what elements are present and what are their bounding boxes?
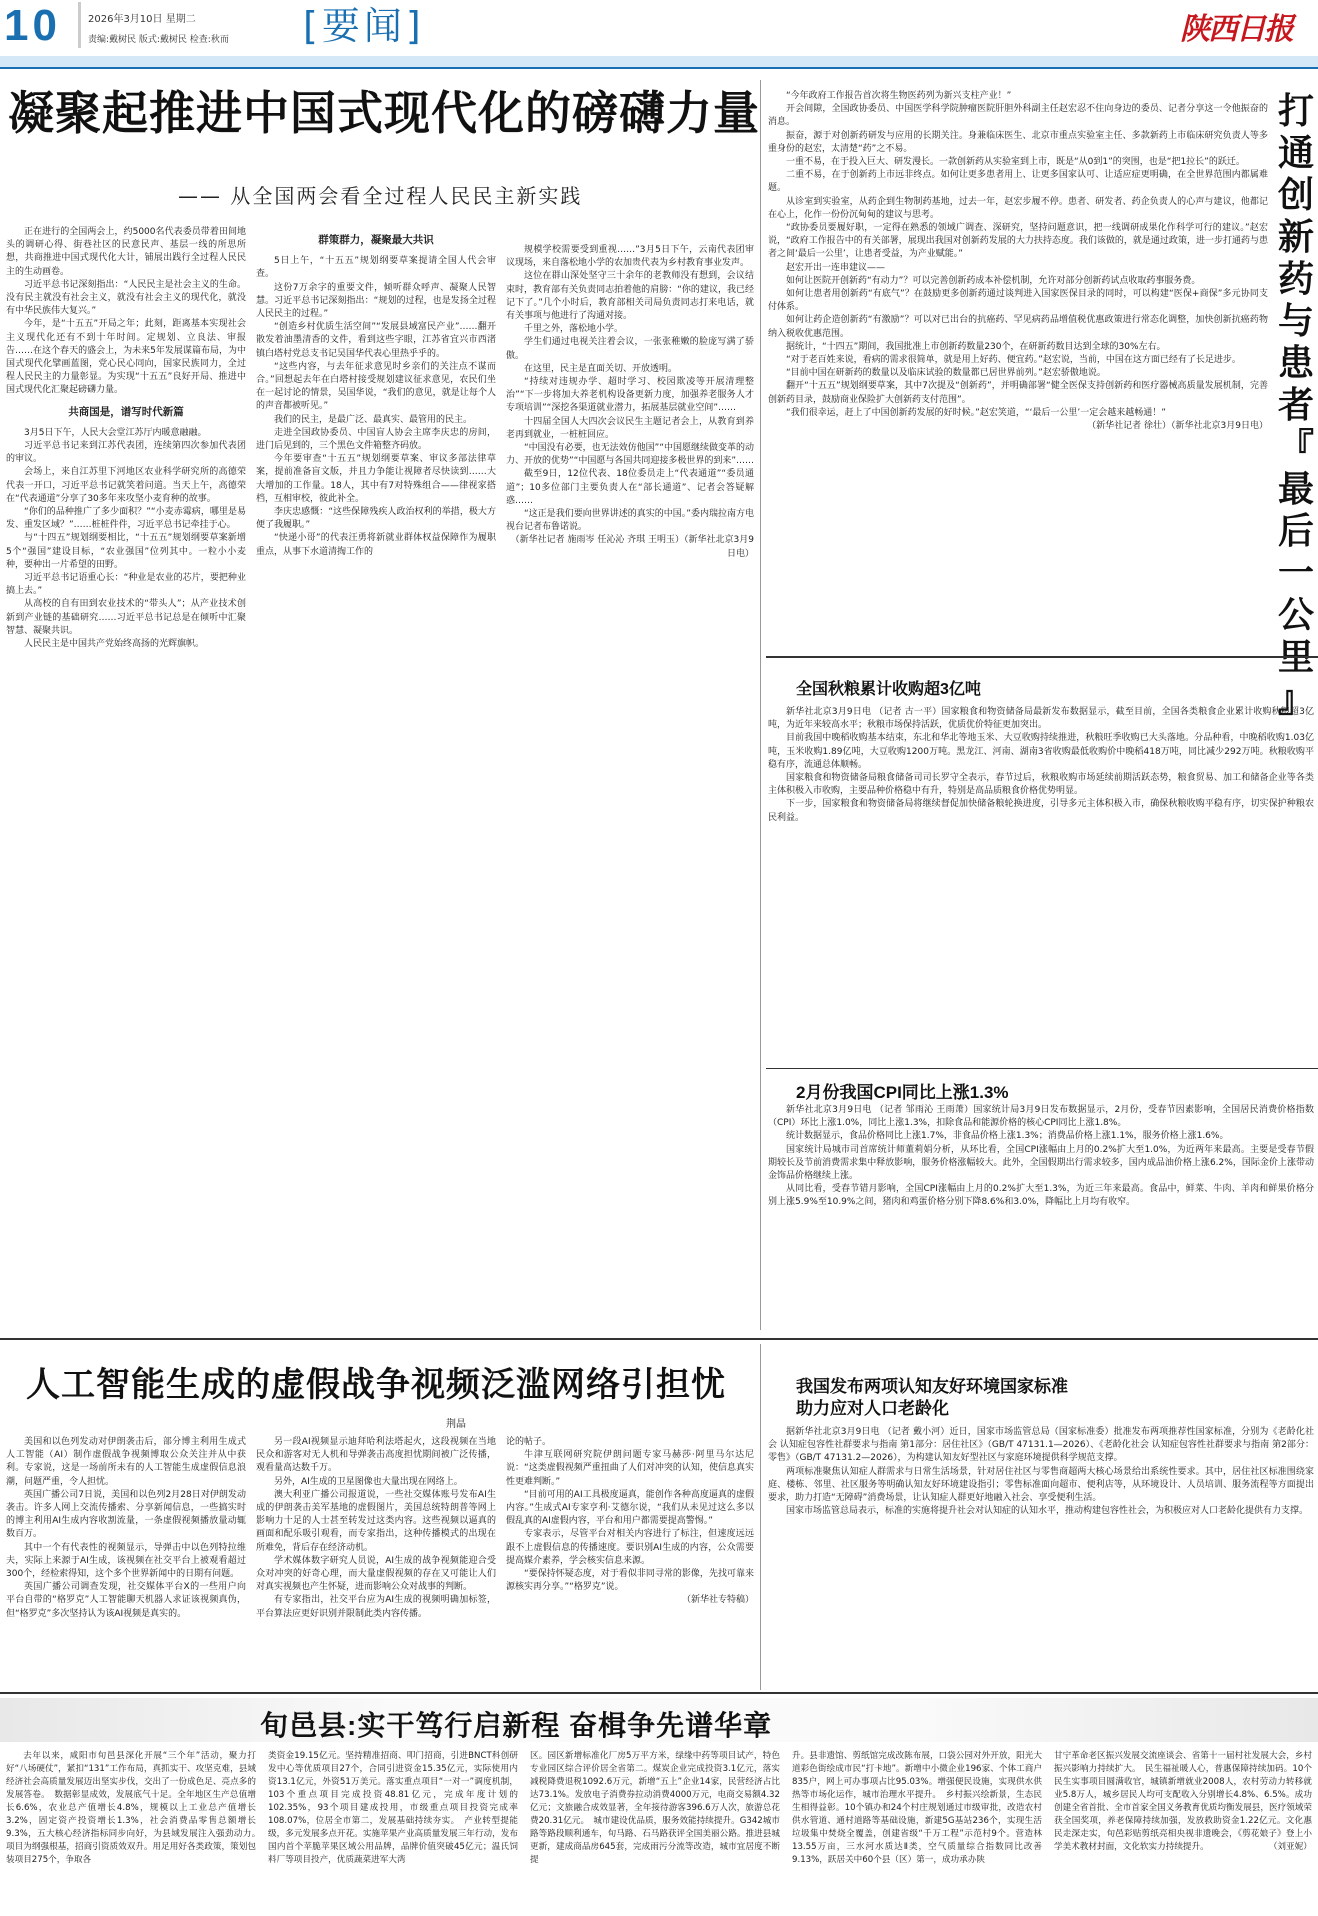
xunyi-article-column-3: 区。园区新增标准化厂房5万平方米，绿缘中药等项目试产，特色专业园区综合评价居全省… (530, 1750, 780, 1916)
paragraph: “这正是我们要向世界讲述的真实的中国。”委内瑞拉南方电视台记者布鲁诺说。 (506, 508, 754, 534)
title-char: 一 (1276, 552, 1316, 594)
paragraph: 另外，AI生成的卫星图像也大量出现在网络上。 (256, 1476, 496, 1489)
title-char: 与 (1276, 300, 1316, 342)
lead-article-title: 凝聚起推进中国式现代化的磅礴力量 (8, 84, 760, 142)
section-label: [要闻] (303, 2, 425, 50)
paragraph: 如何让医院开创新药“有动力”？可以完善创新药成本补偿机制，允许对部分创新药试点收… (768, 275, 1268, 288)
paragraph: 会场上，来自江苏里下河地区农业科学研究所的高德荣代表一开口，习近平总书记就笑着问… (6, 466, 246, 506)
masthead-rule (0, 67, 1318, 69)
title-char: 『 (1276, 426, 1316, 468)
paragraph: 我们的民主，是最广泛、最真实、最管用的民主。 (256, 414, 496, 427)
title-char: 创 (1276, 174, 1316, 216)
paragraph: 区。园区新增标准化厂房5万平方米，绿缘中药等项目试产，特色专业园区综合评价居全省… (530, 1750, 780, 1867)
title-char: 打 (1276, 90, 1316, 132)
article-byline: （新华社记者 徐壮）（新华社北京3月9日电） (768, 420, 1268, 433)
masthead: 10 2026年3月10日 星期二 责编:戴树民 版式:戴树民 检查:秋而 [要… (0, 0, 1318, 70)
column-divider (760, 80, 761, 1330)
paragraph: 专家表示，尽管平台对相关内容进行了标注，但速度远远跟不上虚假信息的传播速度。要识… (506, 1528, 754, 1568)
column-divider (760, 1344, 761, 1690)
paragraph: 今年要审查“十五五”规划纲要草案、审议多部法律草案，提前准备盲文版，并且力争能让… (256, 453, 496, 506)
title-char: 最 (1276, 468, 1316, 510)
paragraph: 习近平总书记深刻指出：“人民民主是社会主义的生命。没有民主就没有社会主义，就没有… (6, 279, 246, 319)
paragraph: “创造乡村优质生活空间”“发展县域富民产业”……翻开散发着油墨清香的文件，看到这… (256, 321, 496, 361)
paragraph: 升。县非遗馆、剪纸馆完成改陈布展，口袋公园对外开放，阳光大道彩色街绘成市民“打卡… (792, 1750, 1042, 1867)
paragraph: 两项标准聚焦认知症人群需求与日常生活场景，针对居住社区与零售商超两大核心场景给出… (768, 1466, 1314, 1506)
title-char: 通 (1276, 132, 1316, 174)
masthead-divider (78, 2, 81, 48)
paragraph: 类资金19.15亿元。坚持精准招商、叩门招商，引进BNCT科创研发中心等优质项目… (268, 1750, 518, 1867)
paragraph: 下一步，国家粮食和物资储备局将继续督促加快储备粮轮换进度，引导多元主体积极入市，… (768, 798, 1314, 824)
paragraph: 学术媒体数字研究人员说，AI生成的战争视频能迎合受众对冲突的好奇心理，而大量虚假… (256, 1555, 496, 1595)
section-subhead: 群策群力，凝聚最大共识 (256, 234, 496, 247)
paragraph: 有专家指出，社交平台应为AI生成的视频明确加标签，平台算法应更好识别并限制此类内… (256, 1594, 496, 1620)
paragraph: “今年政府工作报告首次将生物医药列为新兴支柱产业！” (768, 90, 1268, 103)
paragraph: 甘宁革命老区振兴发展交流座谈会、省第十一届村社发展大会，乡村振兴影响力持续扩大。… (1054, 1750, 1312, 1854)
paragraph: 正在进行的全国两会上，约5000名代表委员带着田间地头的调研心得、街巷社区的民意… (6, 226, 246, 279)
paragraph: 目前我国中晚稻收购基本结束，东北和华北等地玉米、大豆收购持续推进，秋粮旺季收购已… (768, 732, 1314, 772)
paragraph: 据新华社北京3月9日电 （记者 戴小河）近日，国家市场监管总局（国家标准委）批准… (768, 1426, 1314, 1466)
paragraph: 李庆忠感慨：“这些保障残疾人政治权利的举措，极大方便了我履职。” (256, 506, 496, 532)
xunyi-article-column-2: 类资金19.15亿元。坚持精准招商、叩门招商，引进BNCT科创研发中心等优质项目… (268, 1750, 518, 1916)
paragraph: 如何让患者用创新药“有底气”？在鼓励更多创新药通过谈判进入国家医保目录的同时，可… (768, 288, 1268, 314)
cognitive-article-body: 据新华社北京3月9日电 （记者 戴小河）近日，国家市场监管总局（国家标准委）批准… (768, 1426, 1314, 1688)
paragraph: 赵宏开出一连串建议—— (768, 262, 1268, 275)
paragraph: 国家统计局城市司首席统计师董莉娟分析，从环比看，全国CPI涨幅由上月的0.2%扩… (768, 1144, 1314, 1184)
cognitive-article-title: 我国发布两项认知友好环境国家标准 助力应对人口老龄化 (796, 1376, 1068, 1420)
paragraph: 千里之外，落松地小学。 (506, 323, 754, 336)
paragraph: 澳大利亚广播公司报道说，一些社交媒体账号发布AI生成的伊朗袭击美军基地的虚假图片… (256, 1489, 496, 1555)
paragraph: 牛津互联网研究院伊朗问题专家马赫莎·阿里马尔达尼说：“这类虚假视频严重扭曲了人们… (506, 1449, 754, 1489)
paragraph: 新华社北京3月9日电 （记者 古一平）国家粮食和物资储备局最新发布数据显示，截至… (768, 706, 1314, 732)
paragraph: 与“十四五”规划纲要相比，“十五五”规划纲要草案新增5个“强国”建设目标，“农业… (6, 532, 246, 572)
paragraph: 统计数据显示，食品价格同比上涨1.7%，非食品价格上涨1.3%；消费品价格上涨1… (768, 1130, 1314, 1143)
title-line-1: 我国发布两项认知友好环境国家标准 (796, 1376, 1068, 1398)
ai-article-column-3: 论的帖子。 牛津互联网研究院伊朗问题专家马赫莎·阿里马尔达尼说：“这类虚假视频严… (506, 1436, 754, 1686)
paragraph: 美国和以色列发动对伊朗袭击后，部分博主利用生成式人工智能（AI）制作虚假战争视频… (6, 1436, 246, 1489)
paragraph: 国家粮食和物资储备局粮食储备司司长罗守全表示，春节过后，秋粮收购市场延续前期活跃… (768, 772, 1314, 798)
page-number: 10 (4, 2, 61, 50)
paragraph: 十四届全国人大四次会议民生主题记者会上，从教育到养老再到就业，一桩桩回应。 (506, 416, 754, 442)
paragraph: “对于老百姓来说，看病的需求很简单，就是用上好药、便宜药。”赵宏说，当前，中国在… (768, 354, 1268, 367)
article-author: 荆晶 (446, 1415, 466, 1430)
paragraph: 规模学校需要受到重视……”3月5日下午，云南代表团审议现场，来自落松地小学的农加… (506, 244, 754, 270)
paragraph: 另一段AI视频显示迪拜哈利法塔起火，这段视频在当地民众和游客对无人机和导弹袭击高… (256, 1436, 496, 1476)
article-divider (766, 656, 1318, 658)
ai-article-column-1: 美国和以色列发动对伊朗袭击后，部分博主利用生成式人工智能（AI）制作虚假战争视频… (6, 1436, 246, 1686)
issue-date: 2026年3月10日 星期二 (88, 10, 196, 25)
lead-article-subtitle: —— 从全国两会看全过程人民民主新实践 (178, 180, 582, 209)
cpi-article-body: 新华社北京3月9日电 （记者 邹雨沁 王雨萧）国家统计局3月9日发布数据显示，2… (768, 1104, 1314, 1344)
paragraph: 论的帖子。 (506, 1436, 754, 1449)
section-divider (0, 1338, 1318, 1340)
ai-article-title: 人工智能生成的虚假战争视频泛滥网络引担忧 (26, 1357, 726, 1406)
paragraph: 从高校的自有田到农业技术的“带头人”；从产业技术创新到产业链的基础研究……习近平… (6, 598, 246, 638)
paragraph: 从同比看，受春节错月影响，全国CPI涨幅由上月的0.2%扩大至1.3%，为近三年… (768, 1183, 1314, 1209)
paragraph: 这位在群山深处坚守三十余年的老教师没有想到，会议结束时，教育部有关负责同志拍着他… (506, 270, 754, 323)
paragraph: 国家市场监管总局表示，标准的实施将提升社会对认知症的认知水平，推动构建包容性社会… (768, 1505, 1314, 1518)
paragraph: 去年以来，咸阳市旬邑县深化开展“三个年”活动，聚力打好“八场硬仗”，紧扣“131… (6, 1750, 256, 1867)
paragraph: “快递小哥”的代表汪勇将新就业群体权益保障作为履职重点，从事下水道清掏工作的 (256, 532, 496, 558)
paragraph: 今年，是“十五五”开局之年；此刻，距离基本实现社会主义现代化还有不到十年时间。定… (6, 318, 246, 397)
ai-article-column-2: 另一段AI视频显示迪拜哈利法塔起火，这段视频在当地民众和游客对无人机和导弹袭击高… (256, 1436, 496, 1686)
title-char: 公 (1276, 594, 1316, 636)
title-char: 患 (1276, 342, 1316, 384)
paragraph: 走进全国政协委员、中国盲人协会主席李庆忠的房间，进门后见到的，三个黑色文件箱整齐… (256, 427, 496, 453)
title-char: 者 (1276, 384, 1316, 426)
paragraph: 在这里，民主是直面关切、开放透明。 (506, 363, 754, 376)
section-subhead: 共商国是，谱写时代新篇 (6, 406, 246, 419)
xunyi-article-column-1: 去年以来，咸阳市旬邑县深化开展“三个年”活动，聚力打好“八场硬仗”，紧扣“131… (6, 1750, 256, 1916)
paragraph: “政协委员要履好职，一定得在熟悉的领域广调查、深研究，坚持问题意识，把一线调研成… (768, 222, 1268, 262)
paragraph: “这些内容，与去年征求意见时乡亲们的关注点不谋而合。”回想起去年在白塔村接受规划… (256, 361, 496, 414)
paragraph: 学生们通过电视关注着会议，一张张稚嫩的脸庞写满了骄傲。 (506, 336, 754, 362)
paragraph: “目前中国在研新药的数量以及临床试验的数量都已居世界前列。”赵宏骄傲地说。 (768, 367, 1268, 380)
section-divider (0, 1692, 1318, 1694)
paragraph: 其中一个有代表性的视频显示，导弹击中以色列特拉维夫，实际上来源于AI生成，该视频… (6, 1542, 246, 1582)
paragraph: “你们的品种推广了多少面积？”“小麦赤霉病，哪里是易发、重发区域？”……桩桩件件… (6, 506, 246, 532)
paragraph: 这份7万余字的重要文件，倾听群众呼声、凝聚人民智慧。习近平总书记深刻指出：“规划… (256, 282, 496, 322)
paragraph: 翻开“十五五”规划纲要草案，其中7次提及“创新药”，并明确部署“健全医保支持创新… (768, 380, 1268, 406)
vertical-article-body: “今年政府工作报告首次将生物医药列为新兴支柱产业！” 开会间隙，全国政协委员、中… (768, 90, 1268, 650)
paragraph: 二重不易，在于创新药上市远非终点。如何让更多患者用上、让更多国家认可、让适应症更… (768, 169, 1268, 195)
title-line-2: 助力应对人口老龄化 (796, 1398, 1068, 1420)
paragraph: 振奋，源于对创新药研发与应用的长期关注。身兼临床医生、北京市重点实验室主任、多款… (768, 130, 1268, 156)
paragraph: 截至9日，12位代表、18位委员走上“代表通道”“委员通道”；10多位部门主要负… (506, 468, 754, 508)
xunyi-article-title: 旬邑县:实干笃行启新程 奋楫争先谱华章 (260, 1704, 772, 1744)
title-char: 药 (1276, 258, 1316, 300)
paragraph: 习近平总书记语重心长：“种业是农业的芯片，要把种业搞上去。” (6, 572, 246, 598)
grain-article-title: 全国秋粮累计收购超3亿吨 (796, 676, 981, 699)
paragraph: “目前可用的AI工具极度逼真，能创作各种高度逼真的虚假内容。”生成式AI专家亨利… (506, 1489, 754, 1529)
paragraph: “要保持怀疑态度，对于看似非同寻常的影像，先找可靠来源核实再分享。”“格罗克”说… (506, 1568, 754, 1594)
paragraph: “中国没有必要，也无法效仿他国”“中国愿继续做变革的动力、开放的优势”“中国愿与… (506, 442, 754, 468)
title-char: 新 (1276, 216, 1316, 258)
paragraph: 新华社北京3月9日电 （记者 邹雨沁 王雨萧）国家统计局3月9日发布数据显示，2… (768, 1104, 1314, 1130)
xunyi-article-column-5: 甘宁革命老区振兴发展交流座谈会、省第十一届村社发展大会，乡村振兴影响力持续扩大。… (1054, 1750, 1312, 1916)
paragraph: 从诊室到实验室，从药企到生物制药基地，过去一年，赵宏步履不停。患者、研发者、药企… (768, 196, 1268, 222)
paragraph: 据统计，“十四五”期间，我国批准上市创新药数量230个，在研新药数目达到全球的3… (768, 341, 1268, 354)
paragraph: “持续对违规办学、超时学习、校园欺凌等开展清理整治”“下一步将加大养老机构设备更… (506, 376, 754, 416)
vertical-article-title: 打 通 创 新 药 与 患 者 『 最 后 一 公 里 』 (1276, 90, 1316, 720)
cpi-article-title: 2月份我国CPI同比上涨1.3% (796, 1078, 1009, 1103)
xunyi-article-column-4: 升。县非遗馆、剪纸馆完成改陈布展，口袋公园对外开放，阳光大道彩色街绘成市民“打卡… (792, 1750, 1042, 1916)
paragraph: 一重不易，在于投入巨大、研发漫长。一款创新药从实验室到上市，既是“从0到1”的突… (768, 156, 1268, 169)
newspaper-logo: 陕西日报 (1180, 4, 1292, 48)
lead-article-column-3: 规模学校需要受到重视……”3月5日下午，云南代表团审议现场，来自落松地小学的农加… (506, 244, 754, 1081)
paragraph: 开会间隙，全国政协委员、中国医学科学院肿瘤医院肝胆外科副主任赵宏忍不住向身边的委… (768, 103, 1268, 129)
paragraph: 人民民主是中国共产党始终高扬的光辉旗帜。 (6, 638, 246, 651)
lead-article-column-1: 正在进行的全国两会上，约5000名代表委员带着田间地头的调研心得、街巷社区的民意… (6, 226, 246, 1081)
paragraph: 英国广播公司调查发现，社交媒体平台X的一些用户向平台自带的“格罗克”人工智能聊天… (6, 1581, 246, 1621)
title-char: 后 (1276, 510, 1316, 552)
paragraph: 3月5日下午，人民大会堂江苏厅内暖意融融。 (6, 427, 246, 440)
editors-credit: 责编:戴树民 版式:戴树民 检查:秋而 (88, 32, 229, 45)
paragraph: 英国广播公司7日说，美国和以色列2月28日对伊朗发动袭击。许多人网上交流传播索、… (6, 1489, 246, 1542)
lead-article-column-2: 群策群力，凝聚最大共识 5日上午，“十五五”规划纲要草案提请全国人代会审查。 这… (256, 226, 496, 1081)
grain-article-body: 新华社北京3月9日电 （记者 古一平）国家粮食和物资储备局最新发布数据显示，截至… (768, 706, 1314, 956)
paragraph: “我们很幸运，赶上了中国创新药发展的好时候。”赵宏笑道，“‘最后一公里’一定会越… (768, 407, 1268, 420)
article-byline: （新华社专特稿） (506, 1594, 754, 1607)
paragraph: 如何让药企造创新药“有激励”？可以对已出台的抗癌药、罕见病药品增值税优惠政策进行… (768, 314, 1268, 340)
article-byline: （新华社记者 施雨岑 任沁沁 齐琪 王明玉）（新华社北京3月9日电） (506, 534, 754, 560)
paragraph: 5日上午，“十五五”规划纲要草案提请全国人代会审查。 (256, 255, 496, 281)
paragraph: 习近平总书记来到江苏代表团，连续第四次参加代表团的审议。 (6, 440, 246, 466)
article-divider (766, 1068, 1318, 1069)
